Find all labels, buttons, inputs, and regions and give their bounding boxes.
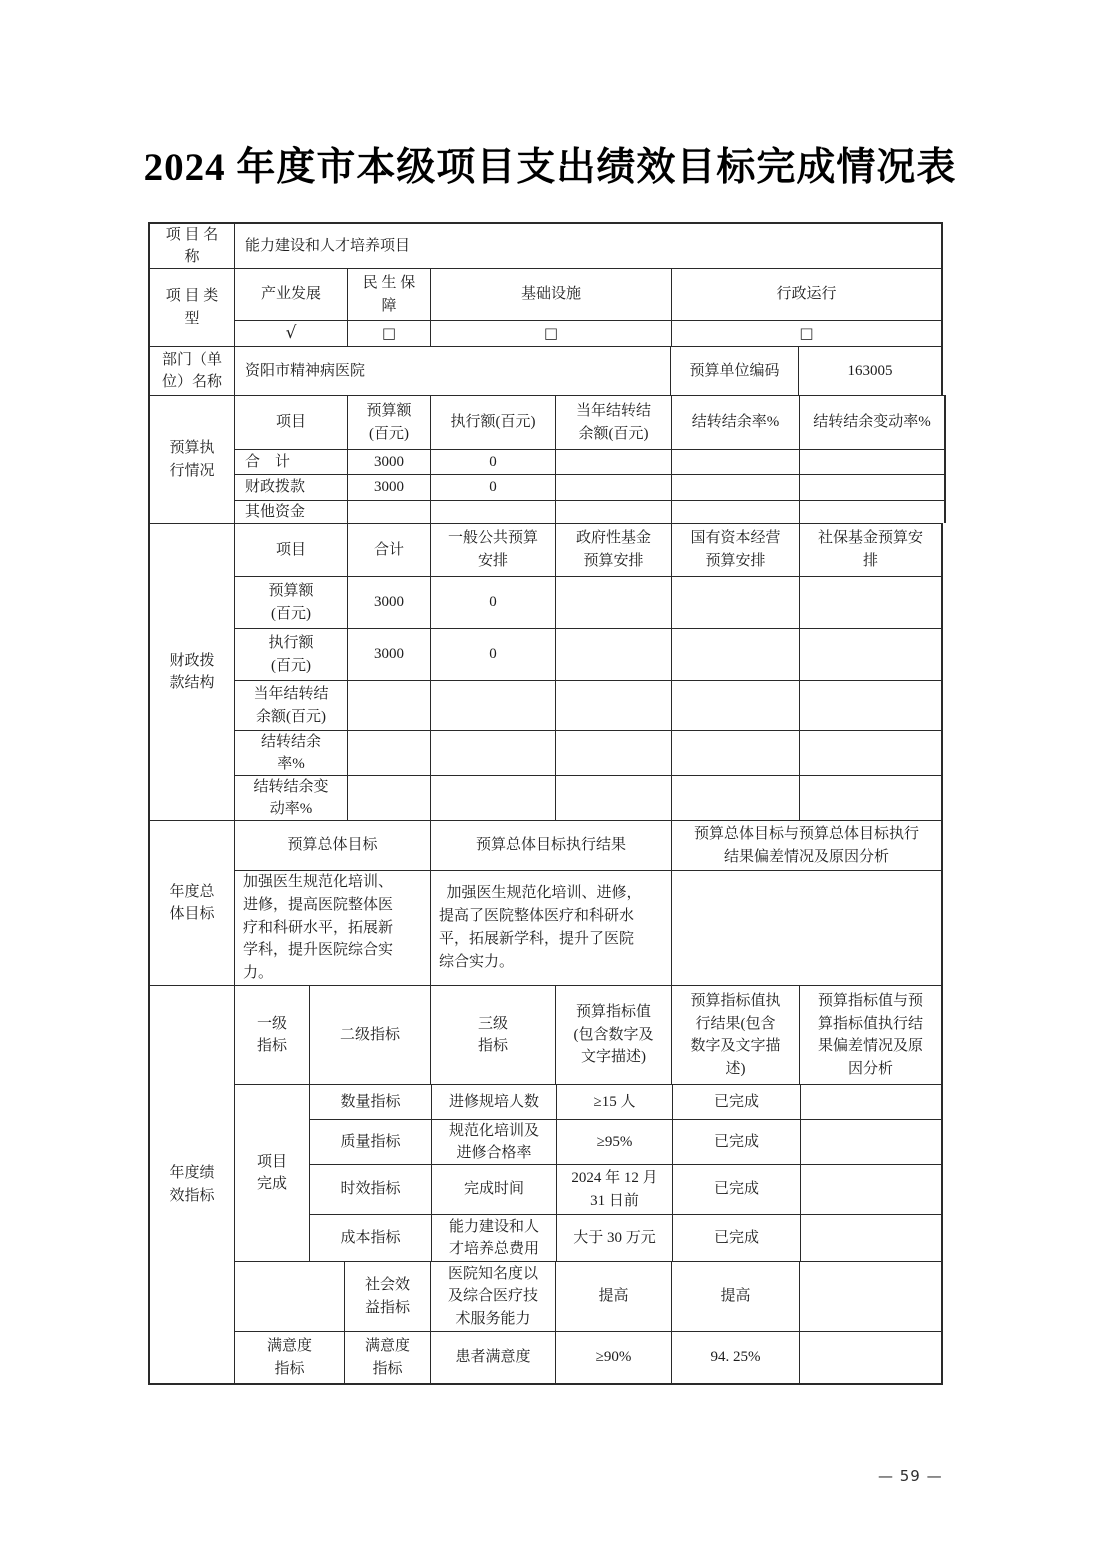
table-cell [671,577,799,629]
table-row: 执行额 (百元) 3000 0 [235,628,941,680]
table-cell: 大于 30 万元 [556,1215,672,1261]
checkbox-administration: □ [671,321,941,346]
table-cell [800,1085,941,1119]
table-cell: 提高 [555,1262,671,1331]
table-cell: 结转结余 率% [235,731,347,775]
table-row: 预算额 (百元) 3000 0 [235,576,941,629]
project-type-option: 产业发展 [235,269,347,320]
table-cell [800,1120,941,1164]
table-cell: 3000 [347,475,430,500]
fiscal-structure-body: 项目 合计 一般公共预算 安排 政府性基金 预算安排 国有资本经营 预算安排 社… [234,524,941,820]
table-cell: 医院知名度以 及综合医疗技 术服务能力 [430,1262,555,1331]
table-cell: 0 [430,475,555,500]
table-cell [671,731,799,775]
column-header: 一般公共预算 安排 [430,524,555,576]
section-budget-execution: 预算执 行情况 项目 预算额 (百元) 执行额(百元) 当年结转结 余额(百元)… [148,395,946,523]
table-cell [799,1332,941,1383]
table-cell: 已完成 [672,1165,800,1214]
budget-execution-body: 项目 预算额 (百元) 执行额(百元) 当年结转结 余额(百元) 结转结余率% … [234,396,944,523]
table-row: 产业发展 民 生 保 障 基础设施 行政运行 [235,269,941,320]
column-header: 二级指标 [309,986,430,1084]
performance-indicators-label: 年度绩 效指标 [150,986,234,1383]
table-cell: 94. 25% [671,1332,799,1383]
table-cell: 社会效 益指标 [344,1262,430,1331]
table-cell [555,450,671,474]
table-cell [799,501,944,523]
table-row: √ □ □ □ [235,320,941,346]
table-cell [430,501,555,523]
budget-unit-code-label: 预算单位编码 [670,347,798,395]
table-cell [671,629,799,680]
row-project-type: 项 目 类 型 产业发展 民 生 保 障 基础设施 行政运行 √ □ □ □ [148,268,943,346]
goal-deviation-text [671,871,941,985]
column-header: 预算指标值执 行结果(包含 数字及文字描 述) [671,986,799,1084]
indicator-row-satisfaction: 满意度 指标 满意度 指标 患者满意度 ≥90% 94. 25% [235,1331,941,1383]
row-department: 部门（单 位）名称 资阳市精神病医院 预算单位编码 163005 [148,346,943,395]
table-cell [799,450,944,474]
column-header: 国有资本经营 预算安排 [671,524,799,576]
column-header: 预算指标值与预 算指标值执行结 果偏差情况及原 因分析 [799,986,941,1084]
group-rows: 数量指标 进修规培人数 ≥15 人 已完成 质量指标 规范化培训及 进修合格率 … [309,1085,941,1261]
table-cell [555,776,671,820]
project-name-value: 能力建设和人才培养项目 [234,224,941,268]
table-cell: 预算额 (百元) [235,577,347,629]
column-header: 三级 指标 [430,986,555,1084]
table-row: 其他资金 [235,500,944,523]
table-row: 加强医生规范化培训、 进修，提高医院整体医 疗和科研水平，拓展新 学科，提升医院… [235,870,941,985]
table-cell: 其他资金 [235,501,347,523]
checkbox-industry-development: √ [235,321,347,346]
table-cell: 2024 年 12 月 31 日前 [556,1165,672,1214]
table-cell: ≥90% [555,1332,671,1383]
table-cell [347,501,430,523]
project-type-body: 产业发展 民 生 保 障 基础设施 行政运行 √ □ □ □ [234,269,941,346]
table-cell: 0 [430,577,555,629]
column-header: 预算总体目标与预算总体目标执行 结果偏差情况及原因分析 [671,821,941,870]
table-header-row: 项目 预算额 (百元) 执行额(百元) 当年结转结 余额(百元) 结转结余率% … [235,396,944,449]
annual-goal-label: 年度总 体目标 [150,821,234,985]
table-row: 结转结余变 动率% [235,775,941,820]
table-cell [799,577,941,629]
table-cell: ≥95% [556,1120,672,1164]
table-cell: ≥15 人 [556,1085,672,1119]
table-cell: 当年结转结 余额(百元) [235,681,347,730]
table-cell [347,731,430,775]
table-cell [555,475,671,500]
table-cell [799,1262,941,1331]
table-cell: 能力建设和人 才培养总费用 [431,1215,556,1261]
table-cell [347,776,430,820]
table-cell: 满意度 指标 [235,1332,344,1383]
project-name-label: 项 目 名 称 [150,224,234,268]
checkbox-livelihood: □ [347,321,430,346]
table-cell: 合 计 [235,450,347,474]
indicator-row-social-benefit: 社会效 益指标 医院知名度以 及综合医疗技 术服务能力 提高 提高 [235,1261,941,1331]
project-type-option: 基础设施 [430,269,671,320]
table-row: 财政拨款 3000 0 [235,474,944,500]
column-header: 结转结余变动率% [799,396,944,449]
table-cell: 患者满意度 [430,1332,555,1383]
table-cell: 3000 [347,629,430,680]
table-cell: 已完成 [672,1215,800,1261]
column-header: 一级 指标 [235,986,309,1084]
table-cell: 财政拨款 [235,475,347,500]
table-cell: 成本指标 [310,1215,431,1261]
table-cell: 0 [430,629,555,680]
table-cell [430,776,555,820]
annual-goal-body: 预算总体目标 预算总体目标执行结果 预算总体目标与预算总体目标执行 结果偏差情况… [234,821,941,985]
table-row: 合 计 3000 0 [235,449,944,474]
column-header: 项目 [235,396,347,449]
table-cell: 3000 [347,450,430,474]
table-cell: 提高 [671,1262,799,1331]
table-cell: 质量指标 [310,1120,431,1164]
table-cell: 执行额 (百元) [235,629,347,680]
table-header-row: 一级 指标 二级指标 三级 指标 预算指标值 (包含数字及 文字描述) 预算指标… [235,986,941,1084]
table-cell [671,501,799,523]
table-cell: 规范化培训及 进修合格率 [431,1120,556,1164]
performance-indicators-body: 一级 指标 二级指标 三级 指标 预算指标值 (包含数字及 文字描述) 预算指标… [234,986,941,1383]
project-type-option: 民 生 保 障 [347,269,430,320]
section-annual-goal: 年度总 体目标 预算总体目标 预算总体目标执行结果 预算总体目标与预算总体目标执… [148,820,943,985]
table-cell [800,1215,941,1261]
goal-result-text: 加强医生规范化培训、进修， 提高了医院整体医疗和科研水 平，拓展新学科，提升了医… [430,871,671,985]
table-cell [671,450,799,474]
table-cell [799,776,941,820]
table-cell [671,681,799,730]
column-header: 执行额(百元) [430,396,555,449]
table-cell [430,731,555,775]
table-header-row: 项目 合计 一般公共预算 安排 政府性基金 预算安排 国有资本经营 预算安排 社… [235,524,941,576]
table-cell [799,629,941,680]
row-project-name: 项 目 名 称 能力建设和人才培养项目 [148,222,943,268]
table-cell: 数量指标 [310,1085,431,1119]
table-cell [555,681,671,730]
table-cell [800,1165,941,1214]
page-number: — 59 — [878,1467,943,1485]
table-header-row: 预算总体目标 预算总体目标执行结果 预算总体目标与预算总体目标执行 结果偏差情况… [235,821,941,870]
table-cell: 结转结余变 动率% [235,776,347,820]
budget-unit-code-value: 163005 [798,347,941,395]
section-performance-indicators: 年度绩 效指标 一级 指标 二级指标 三级 指标 预算指标值 (包含数字及 文字… [148,985,943,1385]
column-header: 结转结余率% [671,396,799,449]
table-cell [671,776,799,820]
column-header: 预算额 (百元) [347,396,430,449]
column-header: 合计 [347,524,430,576]
performance-table: 项 目 名 称 能力建设和人才培养项目 项 目 类 型 产业发展 民 生 保 障… [148,222,946,1385]
column-header: 政府性基金 预算安排 [555,524,671,576]
table-cell [555,577,671,629]
indicator-group-project-completion: 项目 完成 数量指标 进修规培人数 ≥15 人 已完成 质量指标 规范化培训及 … [235,1084,941,1261]
table-row: 数量指标 进修规培人数 ≥15 人 已完成 [310,1085,941,1119]
table-cell: 满意度 指标 [344,1332,430,1383]
group-label: 项目 完成 [235,1085,309,1261]
table-cell: 完成时间 [431,1165,556,1214]
table-row: 时效指标 完成时间 2024 年 12 月 31 日前 已完成 [310,1164,941,1214]
table-cell [799,681,941,730]
section-fiscal-structure: 财政拨 款结构 项目 合计 一般公共预算 安排 政府性基金 预算安排 国有资本经… [148,523,943,820]
table-cell [799,731,941,775]
table-cell [555,501,671,523]
department-value: 资阳市精神病医院 [234,347,670,395]
table-row: 结转结余 率% [235,730,941,775]
table-row: 成本指标 能力建设和人 才培养总费用 大于 30 万元 已完成 [310,1214,941,1261]
table-cell [799,475,944,500]
fiscal-structure-label: 财政拨 款结构 [150,524,234,820]
budget-execution-label: 预算执 行情况 [150,396,234,523]
table-cell [235,1262,344,1331]
table-cell: 3000 [347,577,430,629]
project-type-option: 行政运行 [671,269,941,320]
table-cell [347,681,430,730]
project-type-label: 项 目 类 型 [150,269,234,346]
column-header: 社保基金预算安 排 [799,524,941,576]
table-row: 当年结转结 余额(百元) [235,680,941,730]
table-cell: 已完成 [672,1085,800,1119]
table-cell [555,731,671,775]
column-header: 预算指标值 (包含数字及 文字描述) [555,986,671,1084]
goal-text: 加强医生规范化培训、 进修，提高医院整体医 疗和科研水平，拓展新 学科，提升医院… [235,871,430,985]
table-cell: 已完成 [672,1120,800,1164]
column-header: 当年结转结 余额(百元) [555,396,671,449]
table-cell: 进修规培人数 [431,1085,556,1119]
document-page: 2024 年度市本级项目支出绩效目标完成情况表 项 目 名 称 能力建设和人才培… [0,0,1100,1555]
department-label: 部门（单 位）名称 [150,347,234,395]
table-cell: 时效指标 [310,1165,431,1214]
table-cell [555,629,671,680]
column-header: 预算总体目标 [235,821,430,870]
table-row: 质量指标 规范化培训及 进修合格率 ≥95% 已完成 [310,1119,941,1164]
column-header: 预算总体目标执行结果 [430,821,671,870]
checkbox-infrastructure: □ [430,321,671,346]
table-cell [430,681,555,730]
table-cell [671,475,799,500]
column-header: 项目 [235,524,347,576]
page-title: 2024 年度市本级项目支出绩效目标完成情况表 [0,136,1100,192]
table-cell: 0 [430,450,555,474]
